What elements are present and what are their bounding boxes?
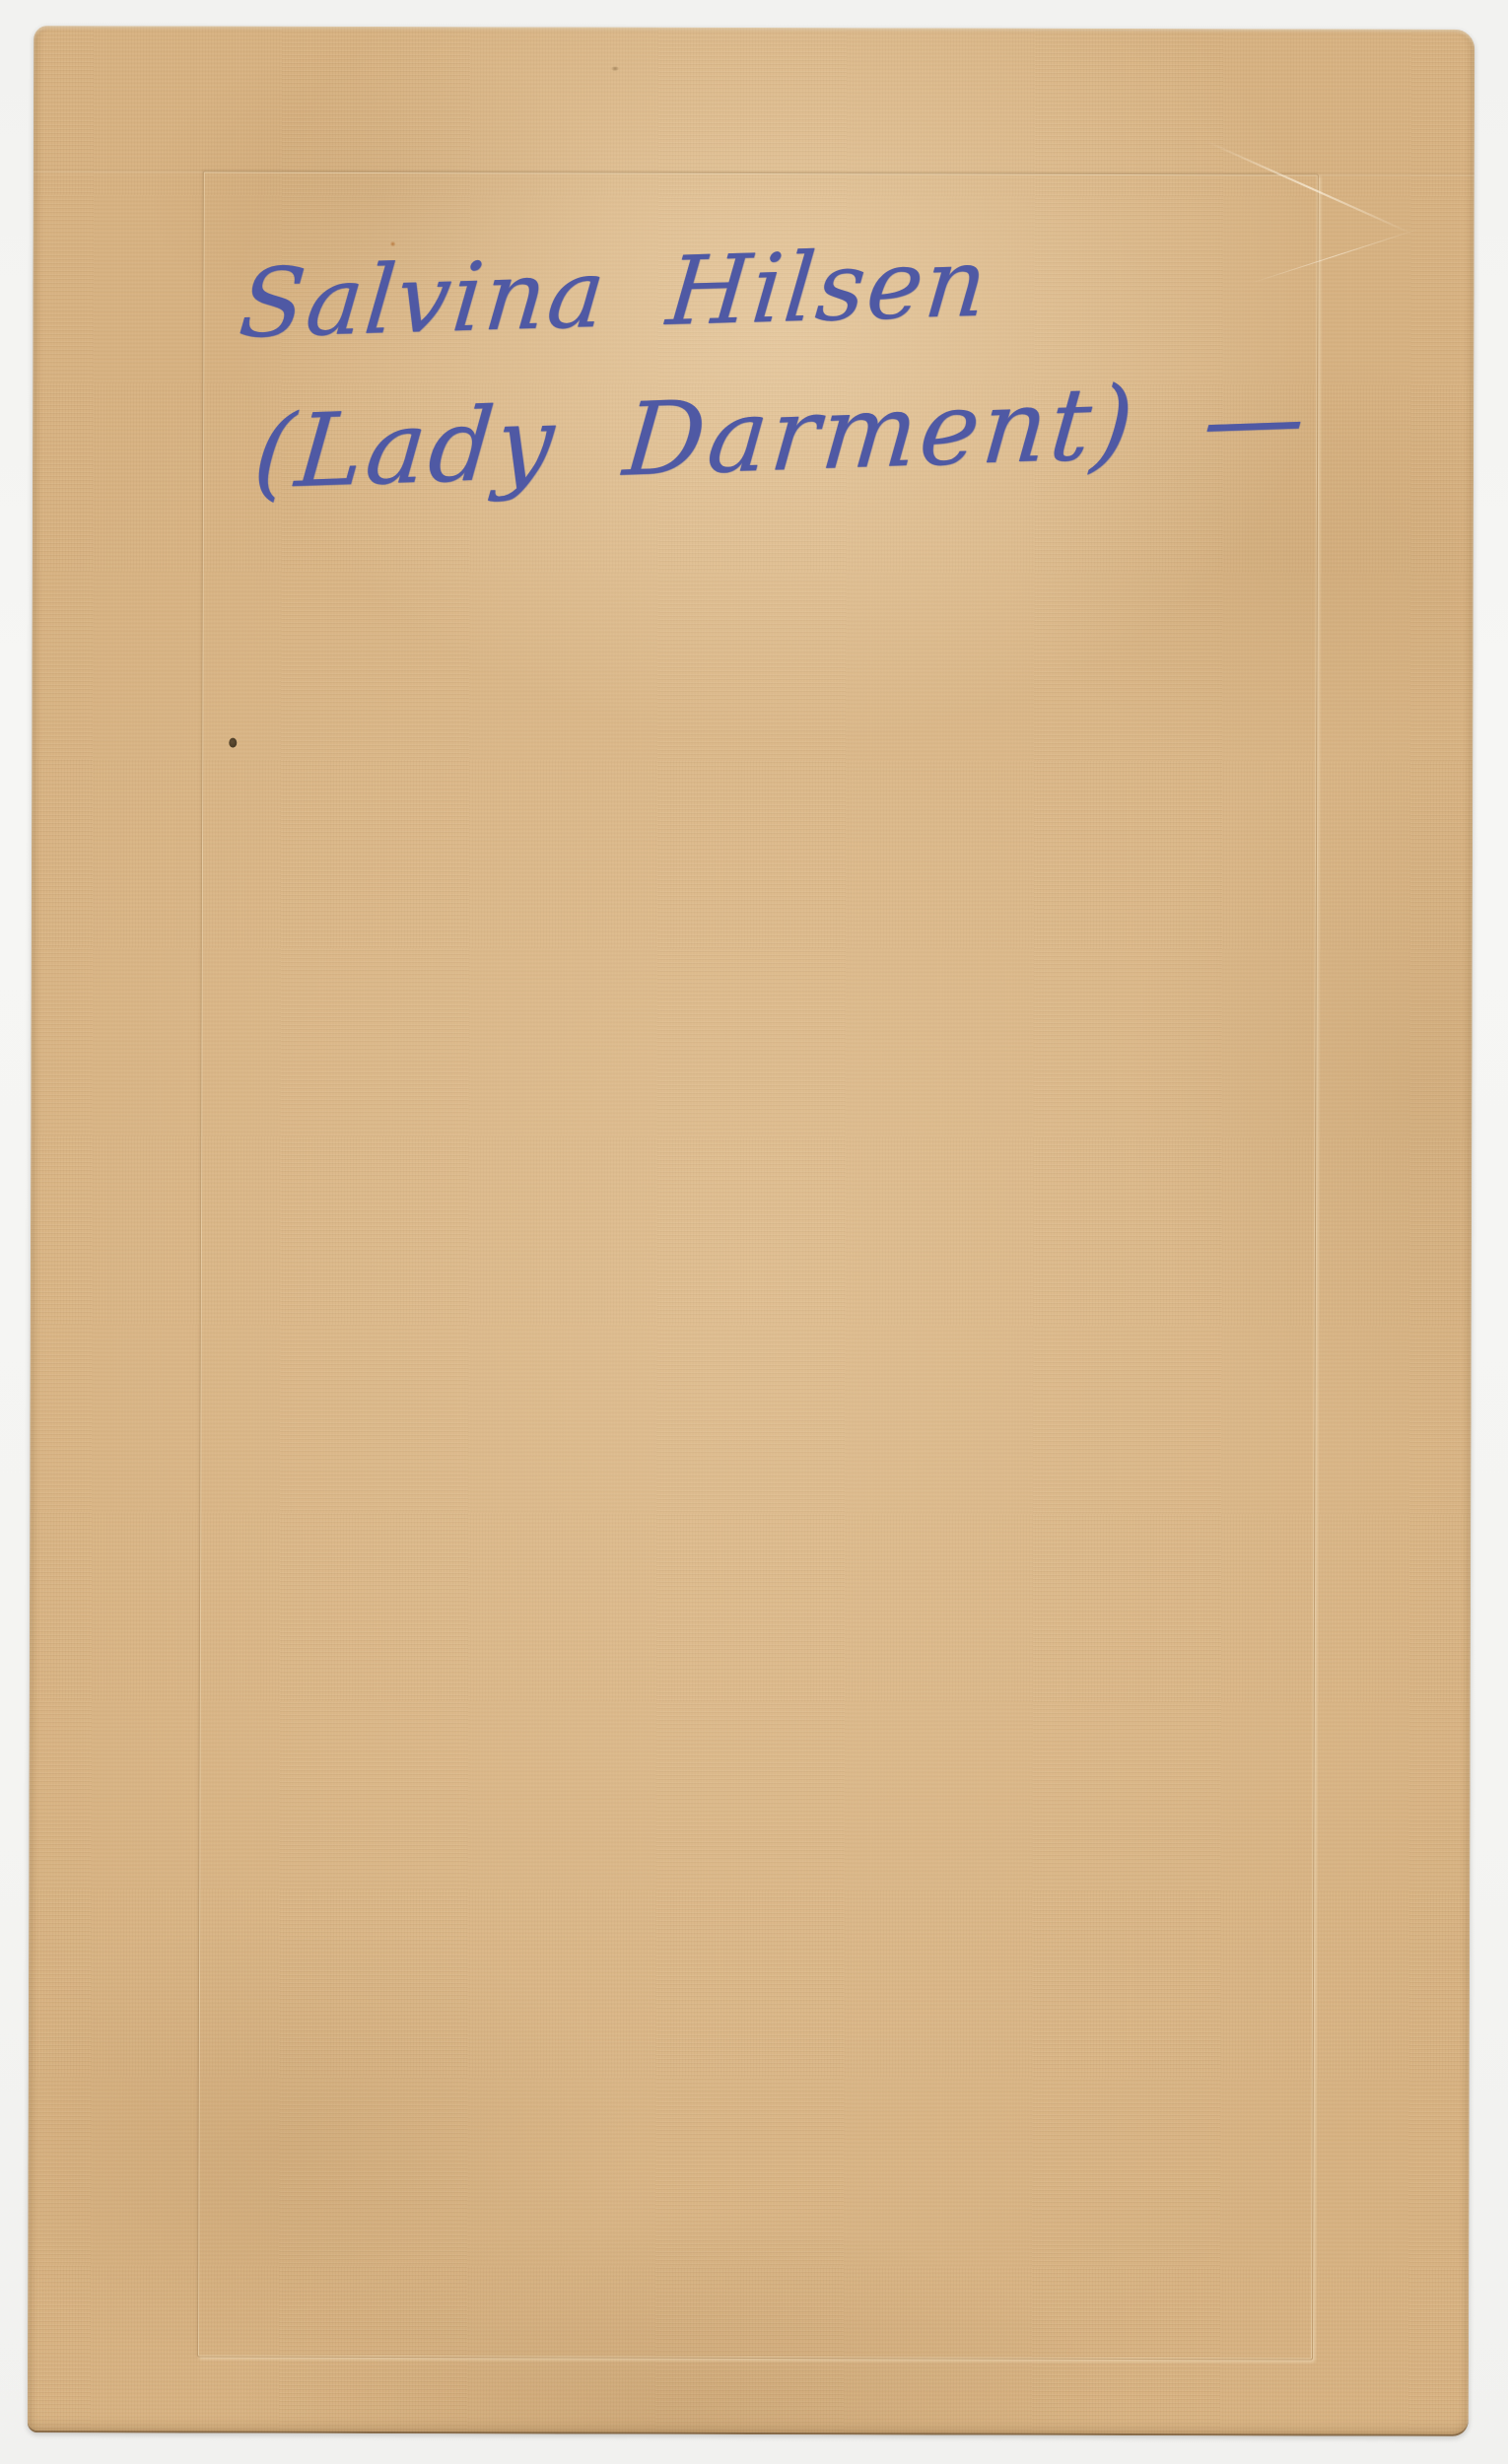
handwritten-inscription: Salvina Hilsen (Lady Darment) — bbox=[34, 26, 1474, 30]
inscription-line1: Salvina Hilsen bbox=[235, 227, 993, 359]
smudge-speck bbox=[610, 67, 620, 71]
scan-background: Salvina Hilsen (Lady Darment) — bbox=[0, 0, 1508, 2464]
ink-speck bbox=[229, 738, 237, 748]
photo-card-verso: Salvina Hilsen (Lady Darment) — bbox=[28, 26, 1474, 2436]
rust-speck bbox=[390, 241, 396, 246]
